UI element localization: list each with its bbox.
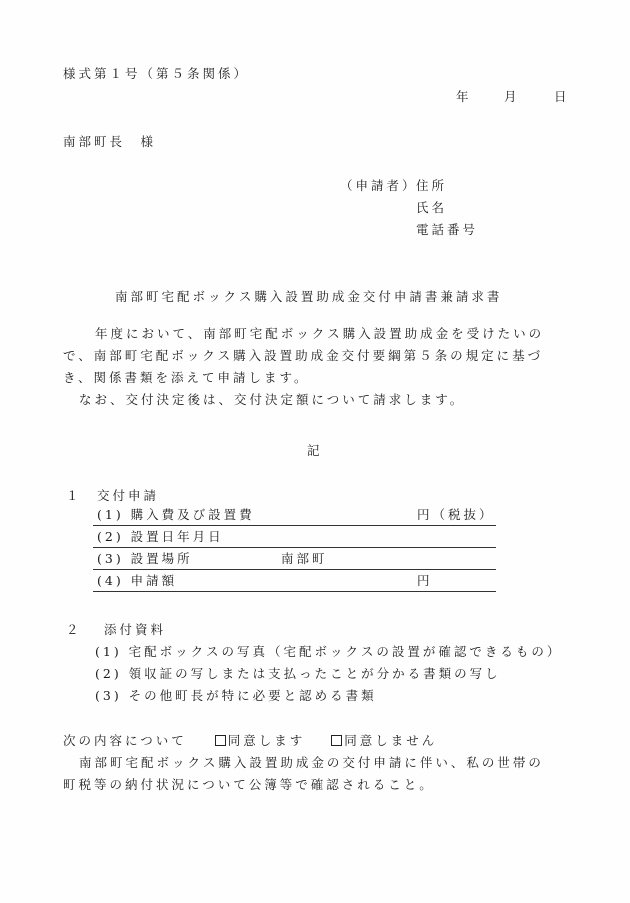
agree-option[interactable]: 同意します [215, 733, 306, 748]
applicant-phone-label: 電話番号 [416, 222, 478, 238]
date-month: 月 [504, 89, 520, 105]
consent-text-line-2: 町税等の納付状況について公簿等で確認されること。 [63, 777, 435, 793]
attachment-item-1: (1) 宅配ボックスの写真（宅配ボックスの設置が確認できるもの） [95, 644, 562, 660]
row-label: (3) 設置場所 [97, 549, 193, 567]
application-row-install-date[interactable]: (2) 設置日年月日 [93, 527, 496, 548]
applicant-address-label: 住所 [416, 178, 447, 194]
consent-text-line-1: 南部町宅配ボックス購入設置助成金の交付申請に伴い、私の世帯の [79, 755, 544, 771]
application-row-requested-amount[interactable]: (4) 申請額 円 [93, 571, 496, 592]
row-suffix: 円 [417, 571, 433, 589]
attachment-item-2: (2) 領収証の写しまたは支払ったことが分かる書類の写し [95, 666, 501, 682]
body-line-3: き、関係書類を添えて申請します。 [63, 370, 310, 386]
disagree-checkbox[interactable] [331, 735, 342, 746]
application-row-install-location[interactable]: (3) 設置場所 南部町 [93, 549, 496, 570]
disagree-label: 同意しません [344, 733, 437, 748]
date-year: 年 [456, 89, 472, 105]
application-row-purchase-cost[interactable]: (1) 購入費及び設置費 円（税抜） [93, 505, 496, 526]
applicant-name-label: 氏名 [416, 200, 447, 216]
document-title: 南部町宅配ボックス購入設置助成金交付申請書兼請求書 [115, 289, 502, 305]
disagree-option[interactable]: 同意しません [331, 733, 437, 748]
row-value: 南部町 [281, 549, 328, 567]
body-line-1: 年度において、南部町宅配ボックス購入設置助成金を受けたいの [95, 326, 544, 342]
row-label: (4) 申請額 [97, 571, 177, 589]
form-number: 様式第１号（第５条関係） [63, 66, 249, 82]
agree-checkbox[interactable] [215, 735, 226, 746]
attachment-item-3: (3) その他町長が特に必要と認める書類 [95, 688, 377, 704]
agree-label: 同意します [228, 733, 306, 748]
section1-heading: １ 交付申請 [66, 488, 159, 504]
row-suffix: 円（税抜） [417, 505, 495, 523]
addressee: 南部町長 様 [63, 134, 156, 150]
section2-heading: ２ 添付資料 [66, 622, 166, 638]
ki-heading: 記 [307, 443, 323, 459]
consent-line: 次の内容について 同意します 同意しません [63, 733, 437, 749]
row-label: (1) 購入費及び設置費 [97, 505, 255, 523]
row-label: (2) 設置日年月日 [97, 527, 224, 545]
consent-prefix: 次の内容について [63, 733, 187, 748]
applicant-label: （申請者） [340, 178, 418, 194]
body-line-4: なお、交付決定後は、交付決定額について請求します。 [79, 392, 465, 408]
body-line-2: で、南部町宅配ボックス購入設置助成金交付要綱第５条の規定に基づ [63, 348, 543, 364]
date-day: 日 [554, 89, 570, 105]
